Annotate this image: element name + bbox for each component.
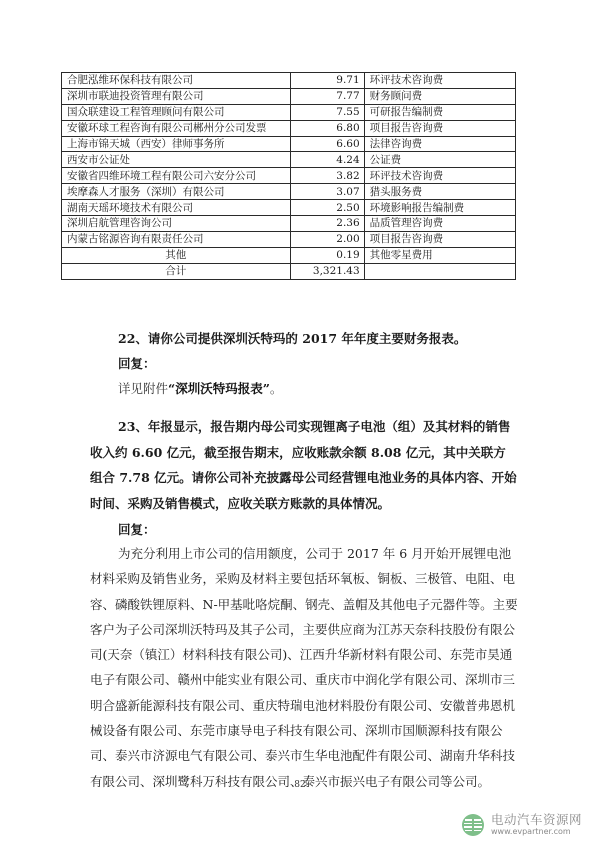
- question-23: 23、年报显示，报告期内母公司实现锂离子电池（组）及其材料的销售收入约 6.60…: [90, 414, 518, 516]
- company-name-cell: 国众联建设工程管理顾问有限公司: [62, 104, 291, 120]
- reply-label-23: 回复：: [118, 516, 538, 543]
- amount-cell: 4.24: [290, 152, 364, 168]
- company-name-cell: 西安市公证处: [62, 152, 291, 168]
- table-row: 西安市公证处 4.24 公证费: [62, 152, 516, 168]
- company-name-cell: 安徽省四维环境工程有限公司六安分公司: [62, 168, 291, 184]
- answer-22-prefix: 详见附件: [118, 381, 168, 396]
- table-row: 合肥泓维环保科技有限公司 9.71 环评技术咨询费: [62, 73, 516, 89]
- evpartner-logo-icon: [462, 814, 484, 836]
- table-row-other: 其他 0.19 其他零星费用: [62, 247, 516, 263]
- company-name-cell: 埃摩森人才服务（深圳）有限公司: [62, 184, 291, 200]
- company-name-cell: 合肥泓维环保科技有限公司: [62, 73, 291, 89]
- watermark-url: www.evpartner.com: [491, 827, 582, 837]
- fee-type-cell: 品质管理咨询费: [364, 216, 515, 232]
- table-row: 安徽省四维环境工程有限公司六安分公司 3.82 环评技术咨询费: [62, 168, 516, 184]
- amount-cell: 7.55: [290, 104, 364, 120]
- company-name-cell: 内蒙古铭源咨询有限责任公司: [62, 231, 291, 247]
- page-number: 82: [0, 780, 600, 790]
- watermark: 电动汽车资源网 www.evpartner.com: [462, 813, 582, 837]
- fee-type-cell: 公证费: [364, 152, 515, 168]
- fee-type-cell: 猎头服务费: [364, 184, 515, 200]
- watermark-text: 电动汽车资源网 www.evpartner.com: [491, 813, 582, 837]
- amount-cell: 6.80: [290, 120, 364, 136]
- amount-cell: 2.00: [290, 231, 364, 247]
- table-row: 安徽环球工程咨询有限公司郴州分公司发票 6.80 项目报告咨询费: [62, 120, 516, 136]
- fee-type-cell: 环评技术咨询费: [364, 73, 515, 89]
- question-22: 22、请你公司提供深圳沃特玛的 2017 年年度主要财务报表。: [118, 325, 538, 352]
- answer-22-suffix: 。: [270, 381, 283, 396]
- table-row: 内蒙古铭源咨询有限责任公司 2.00 项目报告咨询费: [62, 231, 516, 247]
- fee-type-cell: 环评技术咨询费: [364, 168, 515, 184]
- answer-22-attachment-ref: “深圳沃特玛报表”: [168, 381, 270, 396]
- total-label-cell: 合计: [62, 263, 291, 279]
- company-name-cell: 深圳市联迪投资管理有限公司: [62, 88, 291, 104]
- amount-cell: 2.50: [290, 200, 364, 216]
- reply-label-22: 回复：: [118, 350, 538, 377]
- answer-23: 为充分利用上市公司的信用额度，公司于 2017 年 6 月开始开展锂电池材料采购…: [90, 541, 518, 794]
- fee-table: 合肥泓维环保科技有限公司 9.71 环评技术咨询费 深圳市联迪投资管理有限公司 …: [61, 72, 516, 280]
- empty-cell: [364, 263, 515, 279]
- amount-cell: 0.19: [290, 247, 364, 263]
- amount-cell: 6.60: [290, 136, 364, 152]
- table-row: 国众联建设工程管理顾问有限公司 7.55 可研报告编制费: [62, 104, 516, 120]
- fee-type-cell: 项目报告咨询费: [364, 231, 515, 247]
- amount-cell: 2.36: [290, 216, 364, 232]
- fee-type-cell: 其他零星费用: [364, 247, 515, 263]
- amount-cell: 7.77: [290, 88, 364, 104]
- document-page: 合肥泓维环保科技有限公司 9.71 环评技术咨询费 深圳市联迪投资管理有限公司 …: [0, 0, 600, 849]
- watermark-site-name: 电动汽车资源网: [491, 813, 582, 827]
- fee-type-cell: 环境影响报告编制费: [364, 200, 515, 216]
- amount-cell: 3.82: [290, 168, 364, 184]
- fee-type-cell: 法律咨询费: [364, 136, 515, 152]
- company-name-cell: 安徽环球工程咨询有限公司郴州分公司发票: [62, 120, 291, 136]
- fee-type-cell: 项目报告咨询费: [364, 120, 515, 136]
- other-label-cell: 其他: [62, 247, 291, 263]
- total-amount-cell: 3,321.43: [290, 263, 364, 279]
- company-name-cell: 湖南天瑶环境技术有限公司: [62, 200, 291, 216]
- table-row-total: 合计 3,321.43: [62, 263, 516, 279]
- amount-cell: 3.07: [290, 184, 364, 200]
- table-row: 深圳启航管理咨询公司 2.36 品质管理咨询费: [62, 216, 516, 232]
- fee-type-cell: 可研报告编制费: [364, 104, 515, 120]
- table-row: 上海市锦天城（西安）律师事务所 6.60 法律咨询费: [62, 136, 516, 152]
- table-row: 深圳市联迪投资管理有限公司 7.77 财务顾问费: [62, 88, 516, 104]
- table-row: 湖南天瑶环境技术有限公司 2.50 环境影响报告编制费: [62, 200, 516, 216]
- amount-cell: 9.71: [290, 73, 364, 89]
- company-name-cell: 上海市锦天城（西安）律师事务所: [62, 136, 291, 152]
- table-row: 埃摩森人才服务（深圳）有限公司 3.07 猎头服务费: [62, 184, 516, 200]
- answer-22: 详见附件“深圳沃特玛报表”。: [118, 375, 538, 402]
- fee-type-cell: 财务顾问费: [364, 88, 515, 104]
- company-name-cell: 深圳启航管理咨询公司: [62, 216, 291, 232]
